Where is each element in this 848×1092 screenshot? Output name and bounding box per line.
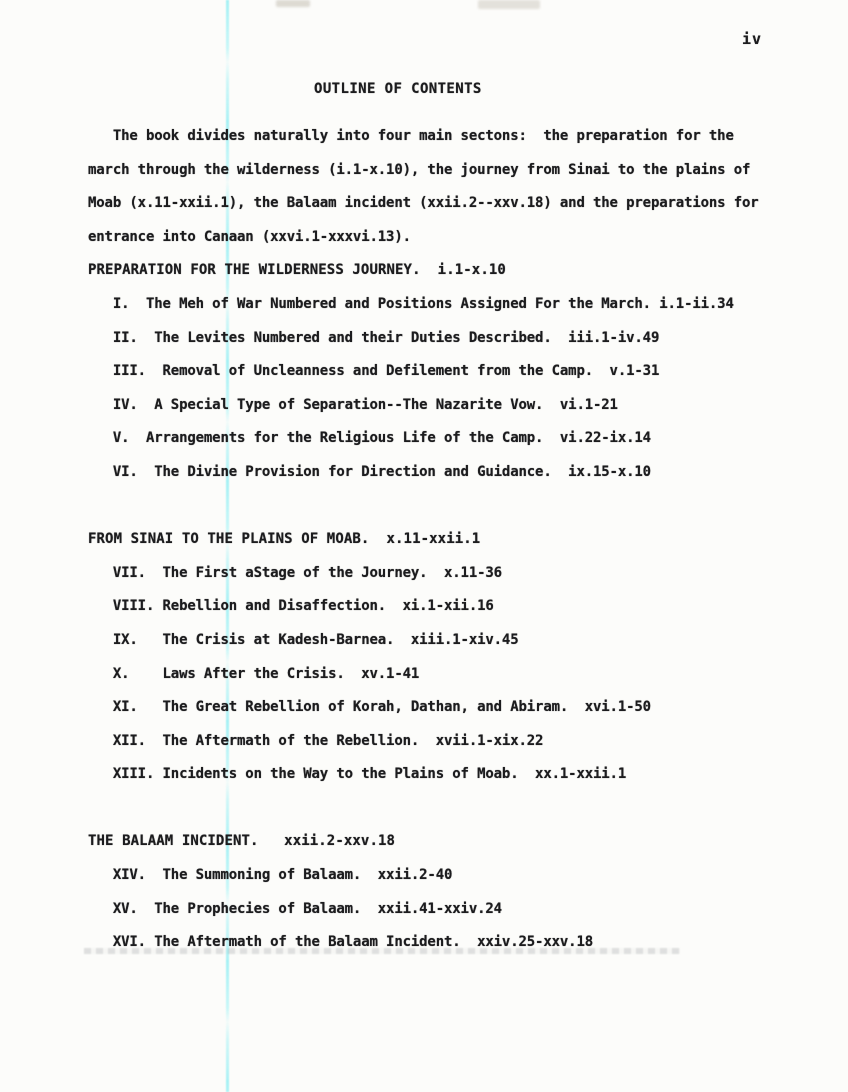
scan-smudge: [276, 0, 310, 7]
blank-line: [88, 792, 828, 826]
paragraph-line: march through the wilderness (i.1-x.10),…: [88, 154, 828, 188]
toc-item: XIV. The Summoning of Balaam. xxii.2-40: [88, 859, 828, 893]
toc-item: VII. The First aStage of the Journey. x.…: [88, 557, 828, 591]
page-number: iv: [742, 31, 762, 47]
blank-line: [88, 490, 828, 524]
toc-item: XV. The Prophecies of Balaam. xxii.41-xx…: [88, 893, 828, 927]
toc-item: XIII. Incidents on the Way to the Plains…: [88, 758, 828, 792]
toc-item: V. Arrangements for the Religious Life o…: [88, 422, 828, 456]
document-page: iv OUTLINE OF CONTENTS The book divides …: [0, 0, 848, 1092]
scan-smudge: [478, 0, 540, 9]
paragraph-line: The book divides naturally into four mai…: [88, 120, 828, 154]
toc-item: VI. The Divine Provision for Direction a…: [88, 456, 828, 490]
toc-item: XI. The Great Rebellion of Korah, Dathan…: [88, 691, 828, 725]
toc-item: I. The Meh of War Numbered and Positions…: [88, 288, 828, 322]
section-heading: PREPARATION FOR THE WILDERNESS JOURNEY. …: [88, 254, 828, 288]
toc-item: VIII. Rebellion and Disaffection. xi.1-x…: [88, 590, 828, 624]
paragraph-line: entrance into Canaan (xxvi.1-xxxvi.13).: [88, 221, 828, 255]
toc-item: X. Laws After the Crisis. xv.1-41: [88, 658, 828, 692]
toc-item: XII. The Aftermath of the Rebellion. xvi…: [88, 725, 828, 759]
toc-item: III. Removal of Uncleanness and Defileme…: [88, 355, 828, 389]
section-heading: THE BALAAM INCIDENT. xxii.2-xxv.18: [88, 825, 828, 859]
toc-item: IV. A Special Type of Separation--The Na…: [88, 389, 828, 423]
outline-body: The book divides naturally into four mai…: [88, 120, 828, 960]
toc-item: IX. The Crisis at Kadesh-Barnea. xiii.1-…: [88, 624, 828, 658]
page-title: OUTLINE OF CONTENTS: [314, 81, 482, 97]
paragraph-line: Moab (x.11-xxii.1), the Balaam incident …: [88, 187, 828, 221]
section-heading: FROM SINAI TO THE PLAINS OF MOAB. x.11-x…: [88, 523, 828, 557]
toc-item: II. The Levites Numbered and their Dutie…: [88, 322, 828, 356]
toc-item: XVI. The Aftermath of the Balaam Inciden…: [88, 926, 828, 960]
